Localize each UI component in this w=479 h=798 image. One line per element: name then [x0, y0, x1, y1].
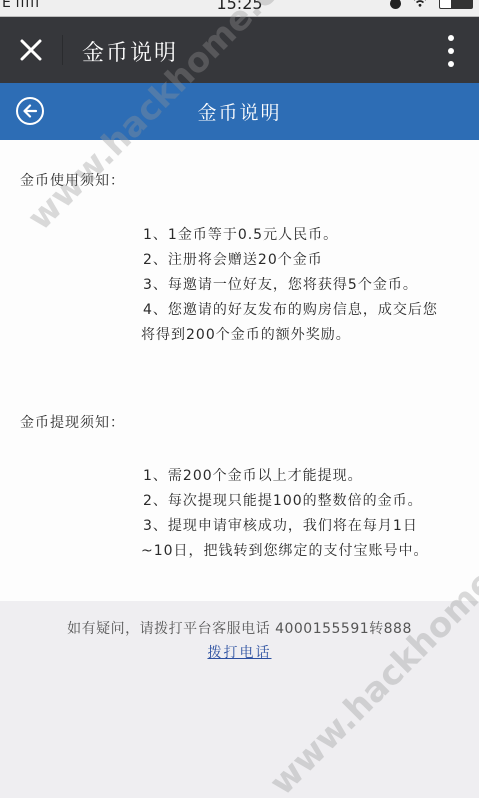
usage-section-title: 金币使用须知：	[20, 170, 125, 190]
app-header: 金币说明	[0, 83, 479, 140]
withdraw-list: 1、需200个金币以上才能提现。 2、每次提现只能提100的整数倍的金币。 3、…	[143, 464, 463, 564]
list-item: 4、您邀请的好友发布的购房信息，成交后您	[143, 298, 463, 323]
status-bar: E ıılll 15:25	[0, 0, 479, 17]
nav-title: 金币说明	[82, 36, 178, 67]
more-vertical-icon	[448, 35, 454, 41]
nav-divider	[62, 35, 63, 65]
list-item: 2、每次提现只能提100的整数倍的金币。	[143, 489, 463, 514]
more-button[interactable]	[445, 35, 457, 67]
list-item: 1、需200个金币以上才能提现。	[143, 464, 463, 489]
list-item: 3、提现申请审核成功，我们将在每月1日	[143, 514, 463, 539]
battery-icon	[439, 0, 473, 9]
call-phone-link[interactable]: 拨打电话	[0, 642, 479, 662]
list-item-continuation: 将得到200个金币的额外奖励。	[141, 323, 463, 348]
list-item: 1、1金币等于0.5元人民币。	[143, 223, 463, 248]
withdraw-section-title: 金币提现须知：	[20, 412, 125, 432]
wechat-nav-bar: 金币说明	[0, 17, 479, 83]
list-item: 3、每邀请一位好友，您将获得5个金币。	[143, 273, 463, 298]
usage-list: 1、1金币等于0.5元人民币。 2、注册将会赠送20个金币 3、每邀请一位好友，…	[143, 223, 463, 348]
alarm-icon	[390, 0, 401, 9]
list-item: 2、注册将会赠送20个金币	[143, 248, 463, 273]
contact-note: 如有疑问，请拨打平台客服电话 4000155591转888	[0, 618, 479, 638]
page-title: 金币说明	[0, 98, 479, 125]
close-icon	[20, 39, 42, 61]
list-item-continuation: ~10日，把钱转到您绑定的支付宝账号中。	[141, 539, 463, 564]
footer: 如有疑问，请拨打平台客服电话 4000155591转888 拨打电话	[0, 601, 479, 798]
content-panel: 金币使用须知： 1、1金币等于0.5元人民币。 2、注册将会赠送20个金币 3、…	[0, 140, 479, 601]
wifi-icon	[413, 0, 427, 10]
close-button[interactable]	[14, 33, 48, 67]
